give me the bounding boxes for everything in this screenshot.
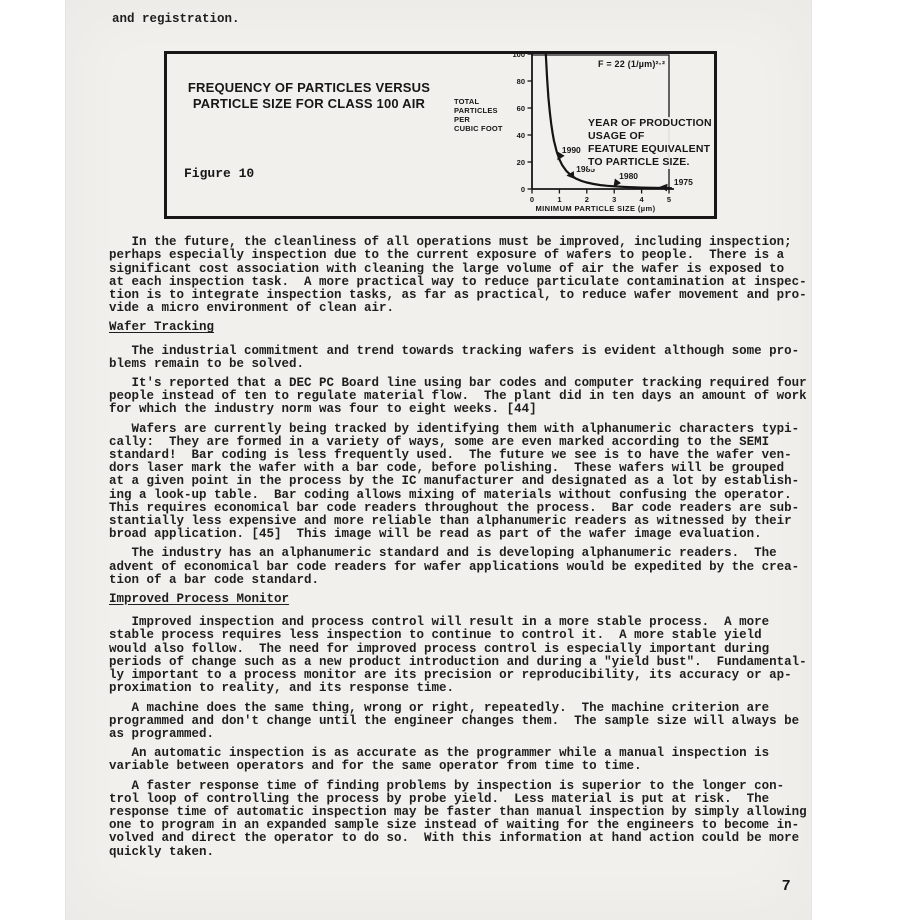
figure-chart-title: FREQUENCY OF PARTICLES VERSUS PARTICLE S… xyxy=(183,80,435,112)
svg-text:1975: 1975 xyxy=(674,177,693,187)
continuation-line: and registration. xyxy=(112,13,823,26)
svg-text:100: 100 xyxy=(512,54,525,59)
chart-y-axis-label: TOTAL PARTICLES PER CUBIC FOOT xyxy=(454,97,503,133)
svg-text:1990: 1990 xyxy=(562,145,581,155)
paragraph-alphanumeric-standard: The industry has an alphanumeric standar… xyxy=(109,547,823,587)
paragraph-faster-response: A faster response time of finding proble… xyxy=(109,780,823,859)
svg-text:40: 40 xyxy=(517,131,525,140)
svg-text:MINIMUM PARTICLE SIZE (µm): MINIMUM PARTICLE SIZE (µm) xyxy=(536,204,656,213)
svg-text:3: 3 xyxy=(612,195,616,204)
svg-text:0: 0 xyxy=(530,195,534,204)
scanned-page-area: and registration. 0204060801000123451990… xyxy=(65,0,812,920)
heading-wafer-tracking: Wafer Tracking xyxy=(109,321,823,334)
paragraph-dec-pc-board: It's reported that a DEC PC Board line u… xyxy=(109,377,823,417)
svg-text:5: 5 xyxy=(667,195,671,204)
svg-text:80: 80 xyxy=(517,77,525,86)
paragraph-improved-inspection: Improved inspection and process control … xyxy=(109,616,823,695)
svg-text:60: 60 xyxy=(517,104,525,113)
page-content: and registration. 0204060801000123451990… xyxy=(109,13,823,865)
chart-annotation-note: YEAR OF PRODUCTION USAGE OF FEATURE EQUI… xyxy=(588,117,714,169)
svg-text:4: 4 xyxy=(640,195,645,204)
svg-text:1: 1 xyxy=(557,195,561,204)
document-page: and registration. 0204060801000123451990… xyxy=(0,0,900,920)
page-number: 7 xyxy=(782,877,790,894)
svg-text:20: 20 xyxy=(517,158,525,167)
svg-text:0: 0 xyxy=(521,185,525,194)
paragraph-automatic-accuracy: An automatic inspection is as accurate a… xyxy=(109,747,823,773)
chart-formula: F = 22 (1/µm)²·² xyxy=(598,59,665,69)
svg-text:2: 2 xyxy=(585,195,589,204)
paragraph-industrial-commitment: The industrial commitment and trend towa… xyxy=(109,345,823,371)
figure-10-box: 0204060801000123451990198519801975MINIMU… xyxy=(164,51,717,219)
paragraph-machine-repeatability: A machine does the same thing, wrong or … xyxy=(109,702,823,742)
paragraph-future-cleanliness: In the future, the cleanliness of all op… xyxy=(109,236,823,315)
figure-caption: Figure 10 xyxy=(184,166,254,181)
paragraph-wafer-tracking-methods: Wafers are currently being tracked by id… xyxy=(109,423,823,542)
heading-improved-process-monitor: Improved Process Monitor xyxy=(109,593,823,606)
svg-text:1980: 1980 xyxy=(619,171,638,181)
